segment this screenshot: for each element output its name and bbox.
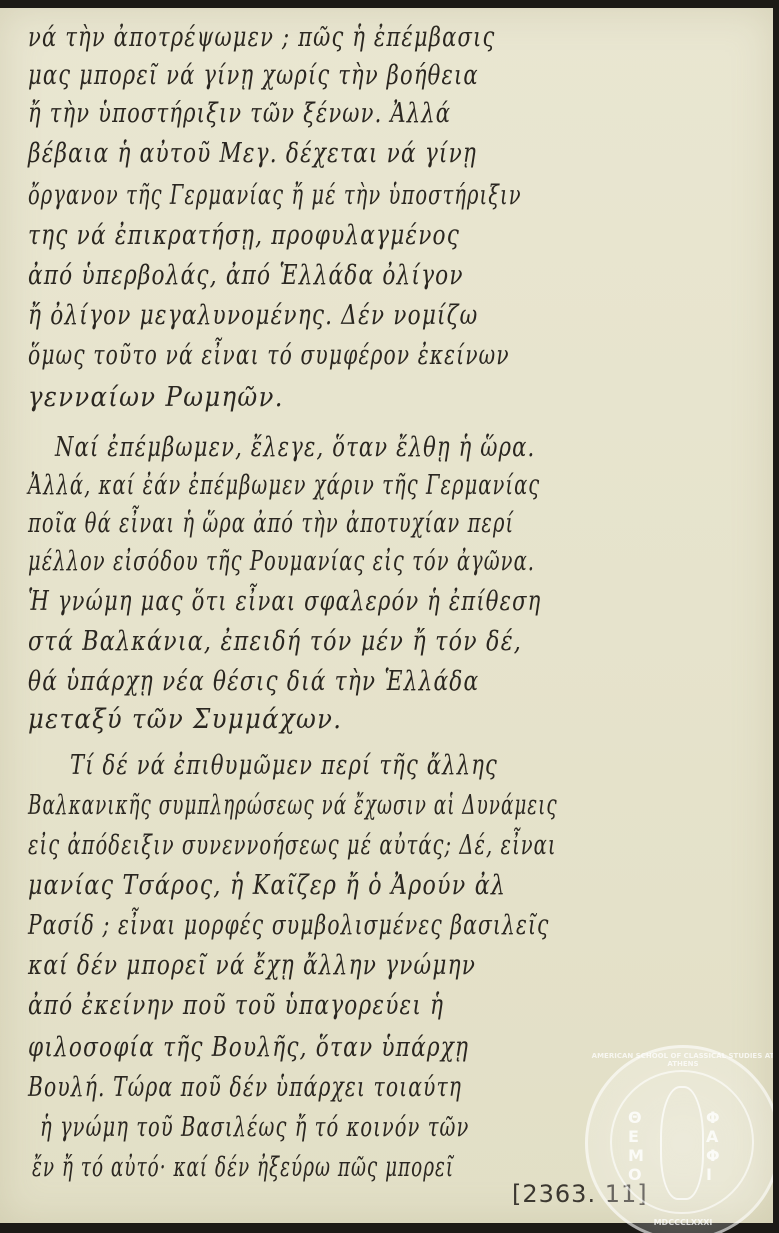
text-line: ἀπό ἐκείνην ποῦ τοῦ ὑπαγορεύει ἡ bbox=[28, 990, 444, 1021]
text-line: ἤ ὀλίγον μεγαλυνομένης. Δέν νομίζω bbox=[28, 300, 478, 331]
text-line: εἰς ἀπόδειξιν συνεννοήσεως μέ αὐτάς; Δέ,… bbox=[28, 830, 557, 861]
seal-ring-text-top: AMERICAN SCHOOL OF CLASSICAL STUDIES AT … bbox=[588, 1052, 778, 1068]
text-line: ποῖα θά εἶναι ἡ ὥρα ἀπό τὴν ἀποτυχίαν πε… bbox=[28, 508, 514, 539]
manuscript-page: νά τὴν ἀποτρέψωμεν ; πῶς ἡ ἐπέμβασις μας… bbox=[0, 8, 773, 1223]
seal-letter: Μ bbox=[628, 1146, 644, 1165]
text-line: ἡ γνώμη τοῦ Βασιλέως ἤ τό κοινόν τῶν bbox=[40, 1112, 469, 1143]
text-line: βέβαια ἡ αὐτοῦ Μεγ. δέχεται νά γίνῃ bbox=[28, 138, 477, 169]
seal-letter: Ο bbox=[628, 1165, 644, 1184]
text-line: μέλλον εἰσόδου τῆς Ρουμανίας εἰς τόν ἀγῶ… bbox=[28, 546, 535, 577]
text-line: μας μπορεῖ νά γίνῃ χωρίς τὴν βοήθεια bbox=[28, 60, 479, 91]
text-line: Ἀλλά, καί ἐάν ἐπέμβωμεν χάριν τῆς Γερμαν… bbox=[28, 470, 540, 501]
seal-letter: Φ bbox=[706, 1146, 720, 1165]
seal-letter: Θ bbox=[628, 1108, 644, 1127]
scan-border bbox=[773, 0, 779, 1233]
seal-letter: Ι bbox=[706, 1165, 720, 1184]
archive-seal-stamp: AMERICAN SCHOOL OF CLASSICAL STUDIES AT … bbox=[585, 1045, 779, 1233]
text-line: Βαλκανικῆς συμπληρώσεως νά ἔχωσιν αἱ Δυν… bbox=[28, 790, 558, 821]
text-line: ἀπό ὑπερβολάς, ἀπό Ἑλλάδα ὀλίγον bbox=[28, 260, 464, 291]
seal-letter: Α bbox=[706, 1127, 720, 1146]
text-line: καί δέν μπορεῖ νά ἔχῃ ἄλλην γνώμην bbox=[28, 950, 476, 981]
text-line: μανίας Τσάρος, ἡ Καῖζερ ἤ ὁ Ἀρούν ἀλ bbox=[28, 870, 506, 901]
text-line: μεταξύ τῶν Συμμάχων. bbox=[28, 704, 342, 735]
text-line: γενναίων Ρωμηῶν. bbox=[28, 382, 284, 413]
text-line: της νά ἐπικρατήσῃ, προφυλαγμένος bbox=[28, 220, 460, 251]
text-line: Τί δέ νά ἐπιθυμῶμεν περί τῆς ἄλλης bbox=[70, 750, 498, 781]
amphora-icon bbox=[660, 1086, 704, 1200]
text-line: ἔν ἤ τό αὐτό· καί δέν ἠξεύρω πῶς μπορεῖ bbox=[32, 1152, 454, 1183]
text-line: Βουλή. Τώρα ποῦ δέν ὑπάρχει τοιαύτη bbox=[28, 1072, 462, 1103]
text-line: στά Βαλκάνια, ἐπειδή τόν μέν ἤ τόν δέ, bbox=[28, 626, 522, 657]
seal-letters-left: Θ Ε Μ Ο bbox=[628, 1108, 644, 1184]
text-line: νά τὴν ἀποτρέψωμεν ; πῶς ἡ ἐπέμβασις bbox=[28, 22, 495, 53]
text-line: ἤ τὴν ὑποστήριξιν τῶν ξένων. Ἀλλά bbox=[28, 98, 451, 129]
text-line: Ἡ γνώμη μας ὅτι εἶναι σφαλερόν ἡ ἐπίθεση bbox=[28, 586, 541, 617]
seal-letter: Ε bbox=[628, 1127, 644, 1146]
text-line: φιλοσοφία τῆς Βουλῆς, ὅταν ὑπάρχῃ bbox=[28, 1032, 469, 1063]
text-line: Ναί ἐπέμβωμεν, ἔλεγε, ὅταν ἔλθῃ ἡ ὥρα. bbox=[55, 432, 535, 463]
text-line: Ρασίδ ; εἶναι μορφές συμβολισμένες βασιλ… bbox=[28, 910, 549, 941]
text-line: θά ὑπάρχῃ νέα θέσις διά τὴν Ἑλλάδα bbox=[28, 666, 479, 697]
text-line: ὄργανον τῆς Γερμανίας ἤ μέ τὴν ὑποστήριξ… bbox=[28, 180, 522, 211]
seal-letter: Φ bbox=[706, 1108, 720, 1127]
seal-ring-text-bottom: MDCCCLXXXI bbox=[588, 1218, 778, 1227]
text-line: ὅμως τοῦτο νά εἶναι τό συμφέρον ἐκείνων bbox=[28, 340, 510, 371]
seal-letters-right: Φ Α Φ Ι bbox=[706, 1108, 720, 1184]
